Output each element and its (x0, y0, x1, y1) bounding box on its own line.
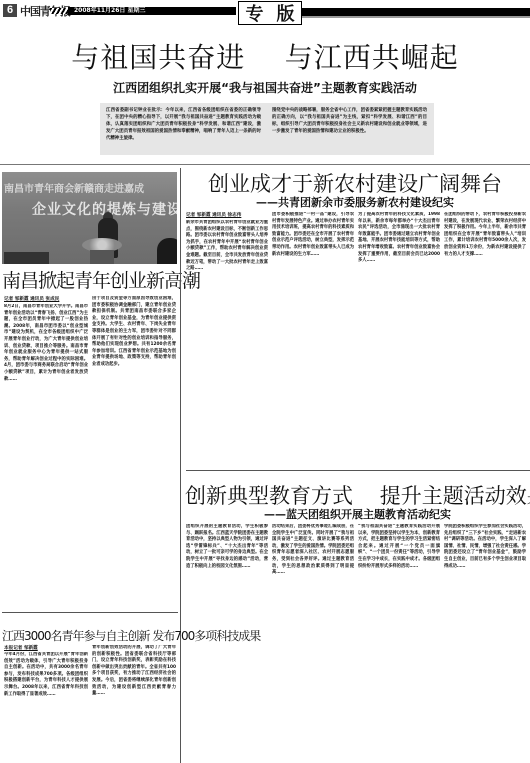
xinyu-body-col-4: 在团组织的带动下，农村青年积极投身新农村建设，在发展现代农业、繁荣农村经济中发挥… (444, 212, 526, 466)
page-number: 6 (3, 4, 17, 17)
intro-box: 江西省委副书记钟业在批示：今年以来，江西省各级团组织在省委的正确领导下，在团中央… (100, 103, 434, 155)
tech-body-col-2: 青年创新创效活动的开展，调动了广大青年的创新积极性。团省委联合省科技厅等部门，设… (92, 645, 176, 763)
tech-byline: 本报记者 邹新霞 (4, 645, 38, 651)
nanchang-body-col-1: 8月2日，南昌市青年创业大学开学。南昌市青年创业活动以“青春飞扬、创业江西”为主… (4, 304, 88, 586)
lantian-body-col-2: 活动结束后，团委将优秀事迹汇编成册，在全院学生中广泛宣传。同时开展了“我与祖国共… (272, 524, 354, 763)
nanchang-headline: 南昌掀起青年创业新高潮 (2, 266, 178, 293)
tech-article-divider (2, 612, 178, 613)
nanchang-byline: 记者 邹新霞 通讯员 张成民 (4, 296, 59, 302)
lantian-article-divider (186, 470, 530, 471)
intro-text-col-2: 围绕党中央的战略部署，服务全省中心工作，团省委紧紧把握主题教育实践活动的正确方向… (272, 107, 427, 153)
podium (90, 250, 114, 264)
lantian-body-col-3: “我与祖国共奋进”主题教育实践活动开展以来，学院团委坚持以学生为本，创新教育方式… (358, 524, 440, 763)
main-subheadline: 江西团组织扎实开展“我与祖国共奋进”主题教育实践活动 (0, 79, 530, 96)
xinyu-body-col-3: 为了提高农村青年的科技文化素质，1998年以来，新余市每年都举办“十大杰出青年农… (358, 212, 440, 466)
main-headline: 与祖国共奋进 与江西共崛起 (0, 36, 530, 76)
monitor (4, 252, 49, 264)
xinyu-subheadline: ——共青团新余市委服务新农村建设纪实 (185, 194, 525, 210)
nanchang-body-col-2: 由于项目及资金等方面原因导致创业困难，团市委积极协调金融部门，建立青年创业贷款担… (92, 296, 176, 586)
lantian-subheadline: ——蓝天团组织开展主题教育活动纪实 (185, 506, 530, 522)
xinyu-body-col-2: 团市委积极推进“一村一品”建设，引导农村青年发展特色产业。通过举办农村青年实用技… (272, 212, 354, 466)
section-label-char-2: 版 (277, 0, 295, 26)
column-divider (180, 168, 181, 763)
section-label: 专 版 (238, 1, 302, 25)
issue-date: 2008年11月26日 星期三 (74, 6, 146, 16)
masthead-bar-shadow (302, 16, 530, 18)
audience-member (157, 238, 177, 264)
lantian-body-col-4: 学院团委积极组织学生参加社会实践活动，先后组织了“三下乡”社会实践、“走进新农村… (444, 524, 526, 763)
event-photo: 南昌市青年商会新赣商走进嘉成 企业文化的提炼与建设 (2, 172, 177, 264)
xinyu-byline: 记者 邹新霞 通讯员 徐志伟 (186, 212, 241, 218)
xinyu-body-col-1: 新余市共青团组织以农村青年创业就业为重点，围绕新农村建设目标，不断创新工作思路。… (186, 220, 268, 466)
hatch-decoration (50, 8, 68, 14)
photo-banner-line-1: 南昌市青年商会新赣商走进嘉成 (4, 180, 144, 195)
section-label-char-1: 专 (246, 0, 264, 26)
tech-headline: 江西3000名青年参与自主创新 发布700多项科技成果 (2, 627, 178, 644)
tech-body-col-1: 今年4月份，江西省共青团以开展“青年创新创效”活动为载体，引导广大青年积极投身自… (4, 652, 88, 763)
masthead-bar-right (302, 8, 530, 16)
intro-text-col-1: 江西省委副书记钟业在批示：今年以来，江西省各级团组织在省委的正确领导下，在团中央… (106, 107, 261, 153)
section-divider (0, 164, 530, 165)
lantian-body-col-1: 团组织开展的主题教育活动，学生积极参与、踊跃报名。江西蓝天学院团委在主题教育活动… (186, 524, 268, 763)
